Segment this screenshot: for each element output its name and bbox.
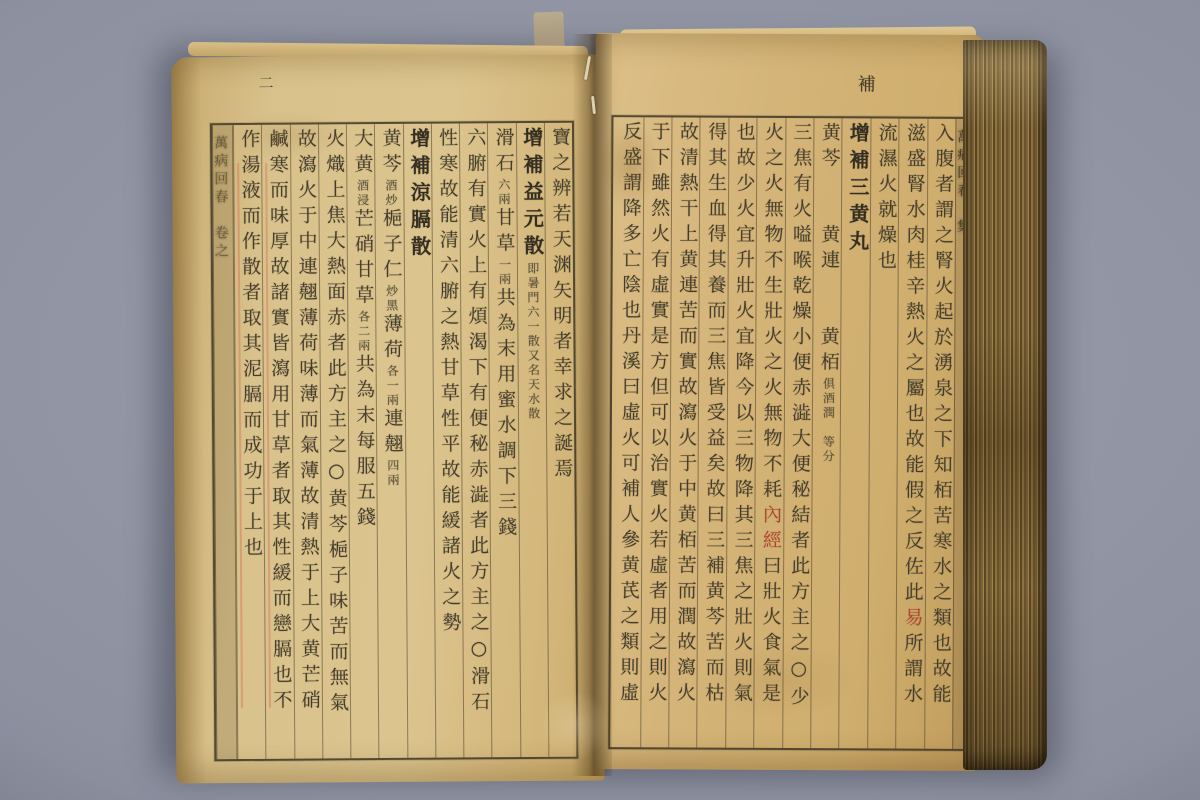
column-text: 滑石 xyxy=(492,127,514,178)
drug-name: 薄荷 xyxy=(381,313,403,364)
text-column-l5: 性寒故能清六腑之熱甘草性平故能緩諸火之勢 xyxy=(431,123,464,757)
text-column-r3: 流濕火就燥也 xyxy=(867,118,899,748)
left-page-text-frame: 寶之辨若天渊矢明者幸求之誕焉 增補益元散即暑門六一散又名天水散 滑石六兩甘草一兩… xyxy=(210,121,578,762)
folio-number: 二 xyxy=(256,75,277,90)
drug-name: 甘草 xyxy=(352,259,374,310)
column-text: 鹹寒而味厚故諸實皆瀉用甘草者取其性緩而戀膈也不 xyxy=(266,129,292,716)
text-column-r11: 于下雖然火有虛實是方但可以治實火若虛者用之則火 xyxy=(640,117,672,747)
prep-note: 酒炒 xyxy=(384,179,398,208)
text-column-r9: 得其生血得其養而三焦皆受益矣故曰三補黄芩苦而枯 xyxy=(697,118,729,748)
text-column-l11: 鹹寒而味厚故諸實皆瀉用甘草者取其性緩而戀膈也不 xyxy=(261,125,294,759)
column-text: 共為末用蜜水調下三錢 xyxy=(494,287,518,542)
recipe-heading: 增補三黄丸 xyxy=(846,122,871,257)
left-page: 二 寶之辨若天渊矢明者幸求之誕焉 增補益元散即暑門六一散又名天水散 滑石六兩甘草… xyxy=(171,55,604,784)
book-gutter xyxy=(572,34,612,776)
text-column-r5: 黄芩 黄連 黄栢俱酒潤 等分 xyxy=(810,118,842,748)
drug-name: 黄芩 xyxy=(379,128,401,179)
column-text: 也故少火宜升壯火宜降今以三物降其三焦之壯火則氣 xyxy=(731,122,756,709)
drug-name: 梔子仁 xyxy=(380,208,403,285)
column-text: 反盛謂降多亡陰也丹溪曰虛火可補人參黄芪之類則虛 xyxy=(617,121,642,708)
left-margin-title-box: 萬病回春 卷之 xyxy=(212,125,237,759)
column-text: 性寒故能清六腑之熱甘草性平故能緩諸火之勢 xyxy=(436,128,462,638)
text-column-l12: 作湯液而作散者取其泥膈而成功于上也 xyxy=(233,125,266,759)
text-column-r4: 增補三黄丸 xyxy=(839,118,871,748)
column-text: 故瀉火于中連翹薄荷味薄而氣薄故清熱于上大黄芒硝 xyxy=(295,128,321,715)
red-marked-character: 易 xyxy=(901,607,923,633)
text-column-r8: 也故少火宜升壯火宜降今以三物降其三焦之壯火則氣 xyxy=(725,118,757,748)
dose-note: 各一兩 xyxy=(385,364,399,408)
margin-annotation: 補 xyxy=(852,74,878,92)
recipe-note: 即暑門六一散又名天水散 xyxy=(526,262,541,422)
book-title-label: 萬病回春 卷之 xyxy=(212,135,229,261)
text-column-r12: 反盛謂降多亡陰也丹溪曰虛火可補人參黄芪之類則虛 xyxy=(612,117,644,747)
book-page-edges xyxy=(963,40,1047,770)
dose-note: 一兩 xyxy=(497,258,511,287)
prep-note: 俱酒潤 等分 xyxy=(821,377,835,464)
text-column-r2: 滋盛腎水肉桂辛熱火之屬也故能假之反佐此易所謂水 xyxy=(895,119,927,749)
text-column-l10: 故瀉火于中連翹薄荷味薄而氣薄故清熱于上大黄芒硝 xyxy=(289,124,322,758)
text-column-r7: 火之火無物不生壯火之火無物不耗內經曰壯火食氣是 xyxy=(753,118,785,748)
drug-name: 芒硝 xyxy=(352,208,374,259)
column-text: 火之火無物不生壯火之火無物不耗 xyxy=(760,122,784,505)
column-text: 故清熱干上黄連苦而實故瀉火于中黄栢苦而潤故瀉火 xyxy=(674,121,699,708)
column-text: 作湯液而作散者取其泥膈而成功于上也 xyxy=(238,129,263,563)
column-text: 曰壯火食氣是 xyxy=(759,555,782,708)
red-marked-text: 內經 xyxy=(760,504,782,555)
column-text: 得其生血得其養而三焦皆受益矣故曰三補黄芩苦而枯 xyxy=(702,122,727,709)
text-column-r1: 入腹者謂之腎火起於湧泉之下知栢苦寒水之類也故能 xyxy=(924,119,956,749)
right-page-text-frame: 萬病回春 集 入腹者謂之腎火起於湧泉之下知栢苦寒水之類也故能 滋盛腎水肉桂辛熱火… xyxy=(608,115,977,751)
dose-note: 各二兩 xyxy=(356,310,370,354)
recipe-heading: 增補涼膈散 xyxy=(407,128,432,263)
drug-name: 大黄 xyxy=(351,128,373,179)
column-text: 共為末每服五錢 xyxy=(353,354,376,533)
text-column-l7: 黄芩酒炒梔子仁炒黑薄荷各一兩連翹四兩 xyxy=(374,124,407,758)
text-column-l9: 火熾上焦大熱面赤者此方主之○黄芩梔子味苦而無氣 xyxy=(318,124,351,758)
column-text: 六腑有實火上有煩渴下有便秘赤澁者此方主之○滑石 xyxy=(464,127,490,717)
right-page: 補 萬病回春 集 入腹者謂之腎火起於湧泉之下知栢苦寒水之類也故能 滋盛腎水肉桂辛… xyxy=(592,33,984,771)
drug-name: 黄芩 黄連 黄栢 xyxy=(818,122,841,377)
column-text: 三焦有火嗌喉乾燥小便赤澁大便秘結者此方主之○少 xyxy=(787,122,812,712)
prep-note: 酒浸 xyxy=(356,179,370,208)
column-text: 所謂水 xyxy=(901,633,923,710)
drug-name: 連翹 xyxy=(381,408,403,459)
column-text: 滋盛腎水肉桂辛熱火之屬也故能假之反佐此 xyxy=(902,123,927,608)
dose-note: 六兩 xyxy=(497,178,511,207)
prep-note: 炒黑 xyxy=(385,284,399,313)
text-column-r6: 三焦有火嗌喉乾燥小便赤澁大便秘結者此方主之○少 xyxy=(782,118,814,748)
column-text: 甘草 xyxy=(493,207,515,258)
text-column-l3: 滑石六兩甘草一兩共為末用蜜水調下三錢 xyxy=(487,123,520,757)
text-column-l8: 大黄酒浸芒硝甘草各二兩共為末每服五錢 xyxy=(346,124,379,758)
dose-note: 四兩 xyxy=(386,459,400,488)
text-column-r10: 故清熱干上黄連苦而實故瀉火于中黄栢苦而潤故瀉火 xyxy=(668,117,700,747)
text-column-l2: 增補益元散即暑門六一散又名天水散 xyxy=(515,123,548,757)
recipe-heading: 增補益元散 xyxy=(520,127,545,262)
column-text: 流濕火就燥也 xyxy=(875,122,898,275)
photo-backdrop: 二 寶之辨若天渊矢明者幸求之誕焉 增補益元散即暑門六一散又名天水散 滑石六兩甘草… xyxy=(0,0,1200,800)
column-text: 火熾上焦大熱面赤者此方主之○黄芩梔子味苦而無氣 xyxy=(323,128,349,718)
column-text: 寶之辨若天渊矢明者幸求之誕焉 xyxy=(549,127,573,484)
column-text: 入腹者謂之腎火起於湧泉之下知栢苦寒水之類也故能 xyxy=(929,123,954,710)
column-text: 于下雖然火有虛實是方但可以治實火若虛者用之則火 xyxy=(645,121,670,708)
text-column-l6: 增補涼膈散 xyxy=(402,124,435,758)
text-column-l4: 六腑有實火上有煩渴下有便秘赤澁者此方主之○滑石 xyxy=(459,123,492,757)
